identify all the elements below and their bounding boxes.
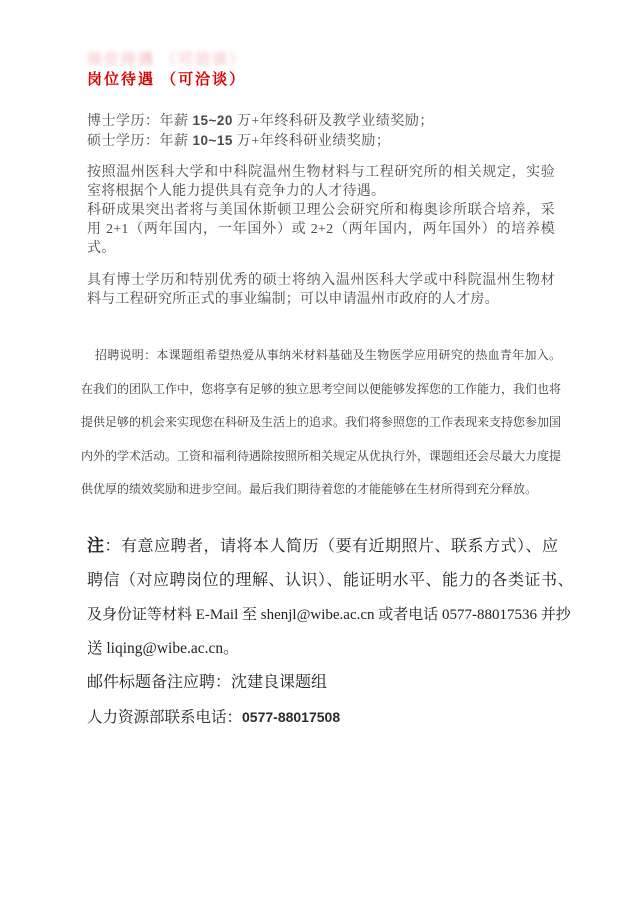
- note-line-1: 注：有意应聘者，请将本人简历（要有近期照片、联系方式）、应: [87, 529, 555, 564]
- note-line-2: 聘信（对应聘岗位的理解、认识）、能证明水平、能力的各类证书、: [87, 564, 555, 598]
- salary-phd-suffix: 万+年终科研及教学业绩奖励；: [233, 114, 434, 129]
- policy-sentence-1: 按照温州医科大学和中科院温州生物材料与工程研究所的相关规定，实验室将根据个人能力…: [87, 165, 555, 199]
- section-title-compensation: 岗位待遇 （可洽谈）: [87, 0, 555, 89]
- establishment-paragraph: 具有博士学历和特别优秀的硕士将纳入温州医科大学或中科院温州生物材料与工程研究所正…: [87, 271, 555, 309]
- salary-list: 博士学历：年薪 15~20 万+年终科研及教学业绩奖励； 硕士学历：年薪 10~…: [87, 111, 555, 151]
- salary-line-master: 硕士学历：年薪 10~15 万+年终科研业绩奖励；: [87, 131, 555, 151]
- policy-paragraph-regulations: 按照温州医科大学和中科院温州生物材料与工程研究所的相关规定，实验室将根据个人能力…: [87, 163, 555, 258]
- note-line-email-contact: 及身份证等材料 E-Mail 至 shenjl@wibe.ac.cn 或者电话 …: [87, 598, 555, 632]
- application-note: 注：有意应聘者，请将本人简历（要有近期照片、联系方式）、应 聘信（对应聘岗位的理…: [87, 529, 555, 735]
- salary-line-phd: 博士学历：年薪 15~20 万+年终科研及教学业绩奖励；: [87, 111, 555, 131]
- note-line-email-subject: 邮件标题备注应聘：沈建良课题组: [87, 666, 555, 700]
- salary-master-prefix: 硕士学历：年薪: [87, 134, 193, 149]
- note-line-hr-phone: 人力资源部联系电话：0577-88017508: [87, 700, 555, 735]
- hr-phone-label: 人力资源部联系电话：: [87, 709, 242, 726]
- salary-phd-prefix: 博士学历：年薪: [87, 114, 193, 129]
- cropped-red-text-artifact: 岗位待遇 （可洽谈）: [87, 48, 246, 69]
- salary-master-range: 10~15: [193, 133, 233, 148]
- policy-sentence-2: 科研成果突出者将与美国休斯顿卫理公会研究所和梅奥诊所联合培养，采用 2+1（两年…: [87, 203, 555, 256]
- salary-phd-range: 15~20: [193, 113, 233, 128]
- note-line-cc-email: 送 liqing@wibe.ac.cn。: [87, 632, 555, 666]
- note-label: 注: [87, 536, 105, 555]
- salary-master-suffix: 万+年终科研业绩奖励；: [233, 134, 390, 149]
- note-line-1-text: ：有意应聘者，请将本人简历（要有近期照片、联系方式）、应: [105, 538, 559, 555]
- recruitment-description-paragraph: 招聘说明：本课题组希望热爱从事纳米材料基础及生物医学应用研究的热血青年加入。在我…: [81, 339, 561, 507]
- document-page: 岗位待遇 （可洽谈） 岗位待遇 （可洽谈） 博士学历：年薪 15~20 万+年终…: [87, 0, 555, 900]
- hr-phone-number: 0577-88017508: [242, 709, 340, 725]
